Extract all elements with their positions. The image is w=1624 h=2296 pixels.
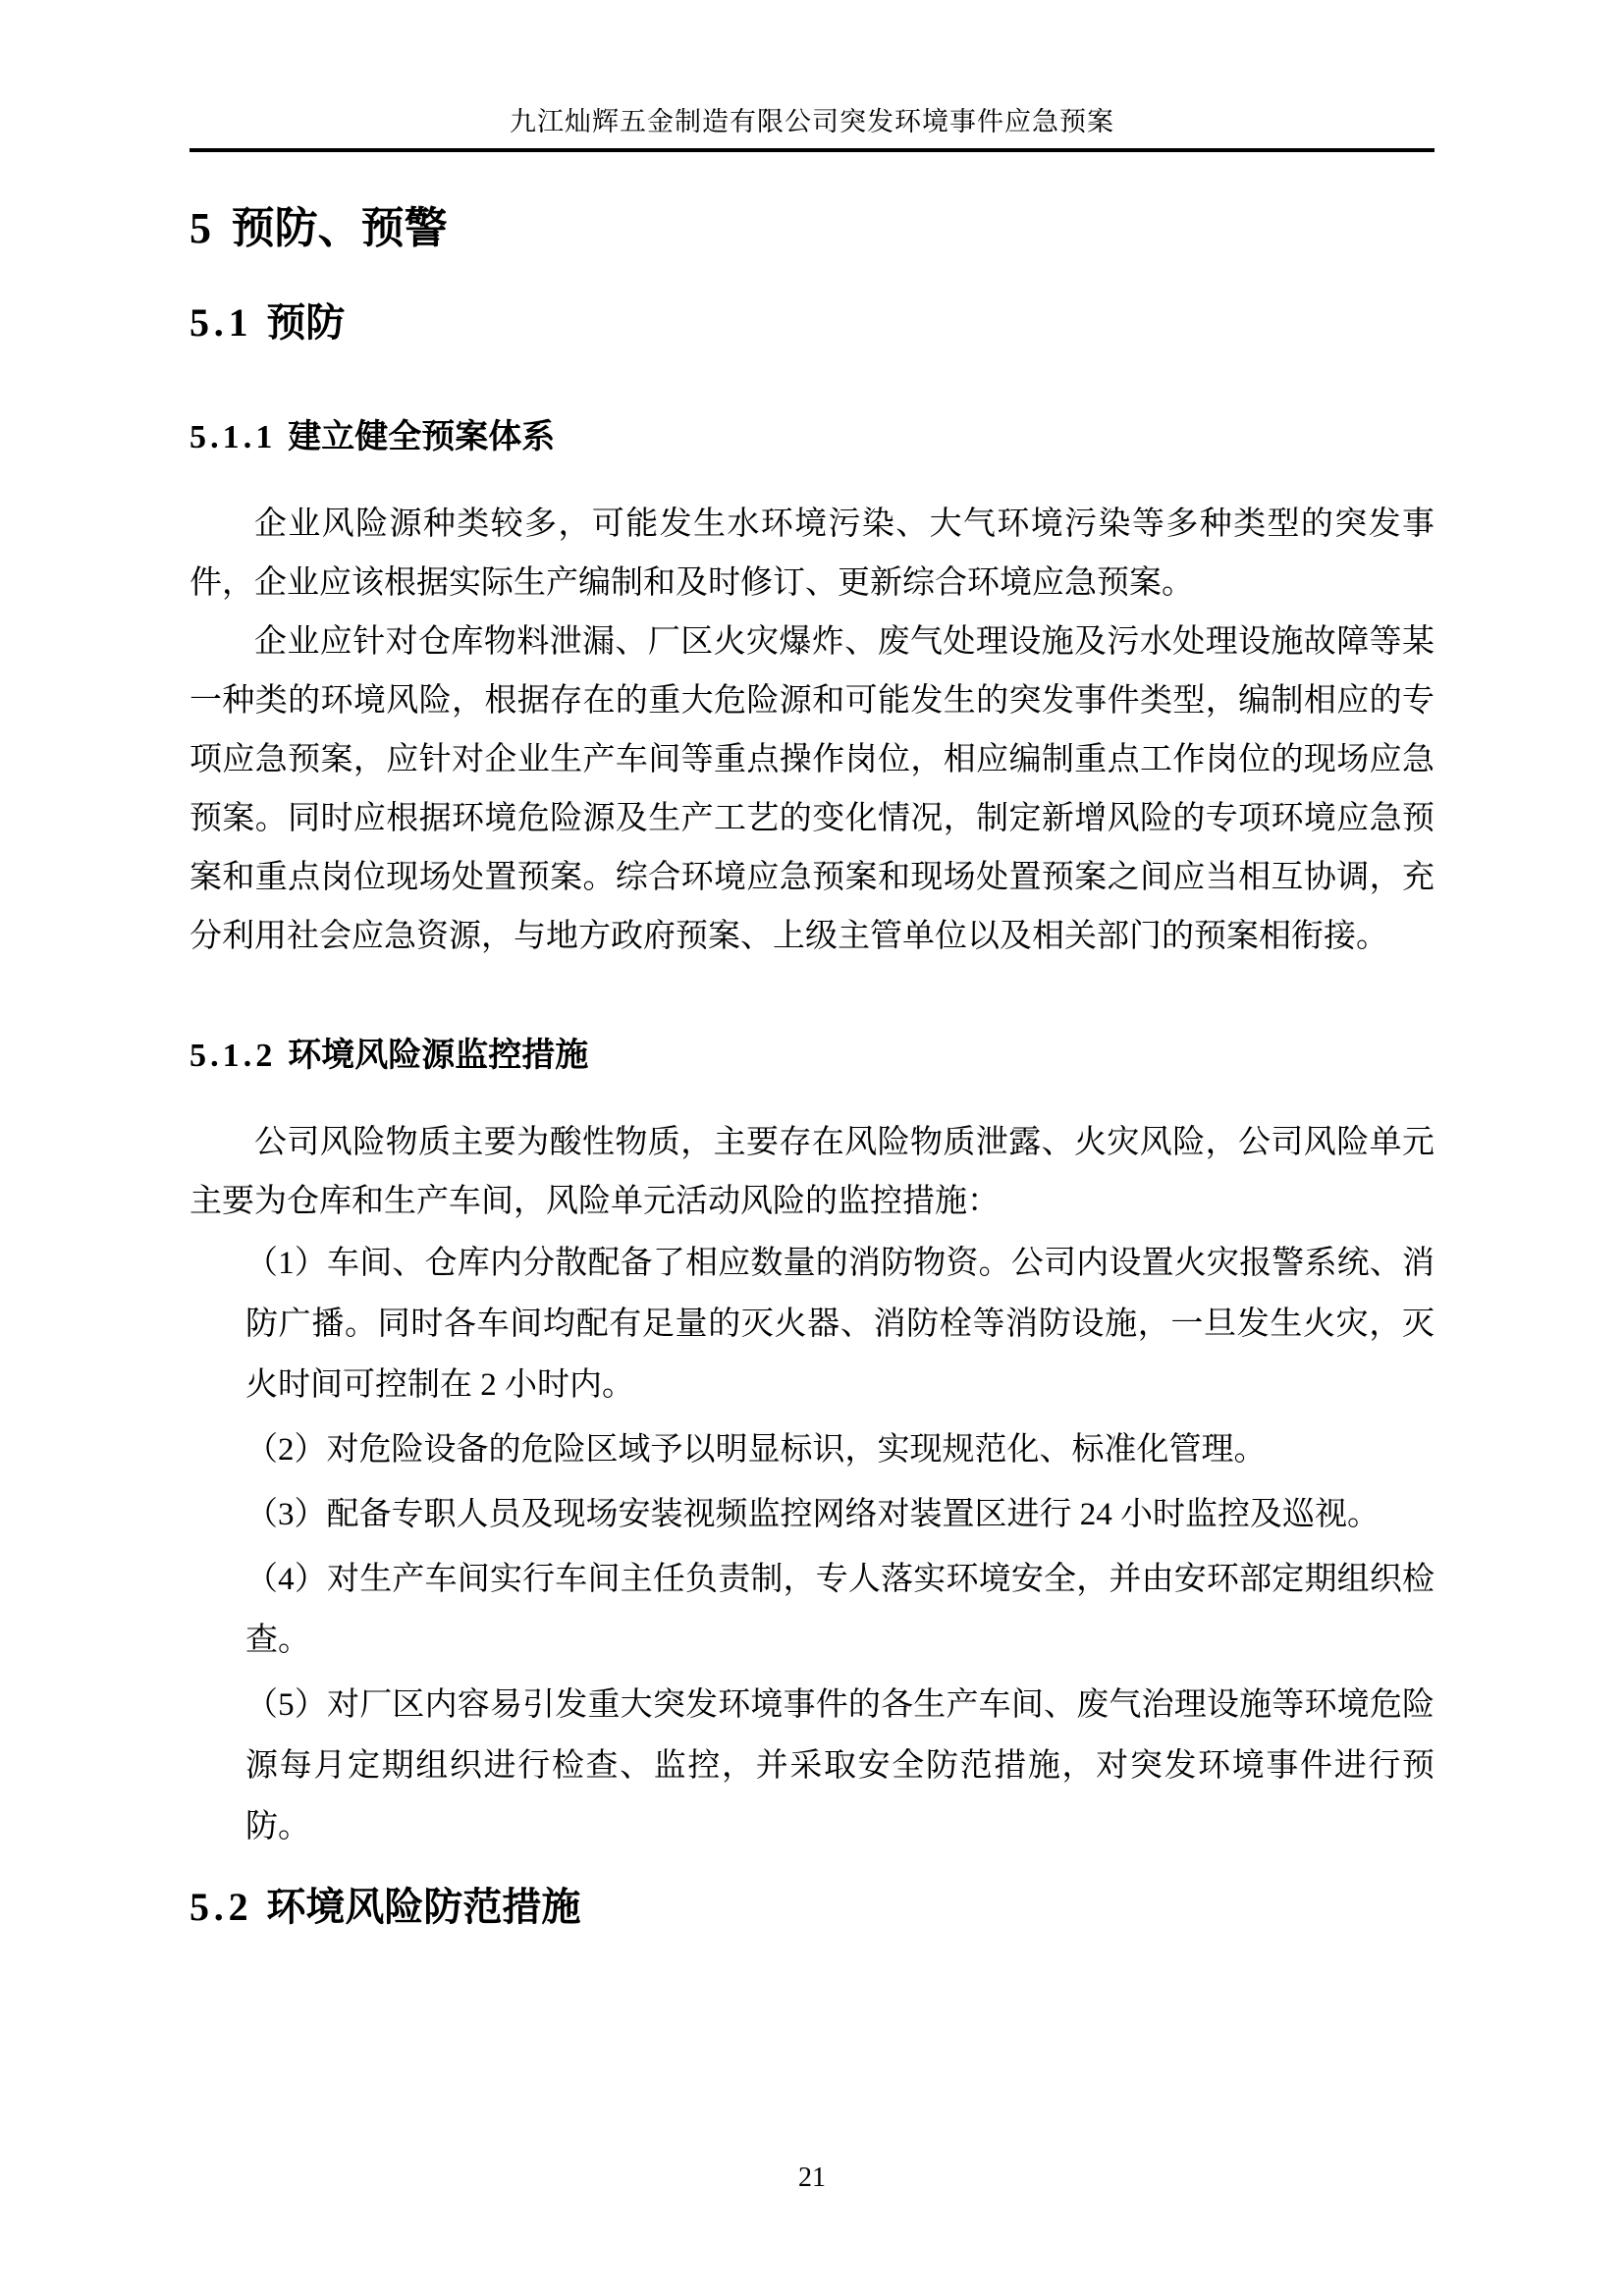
section-title: 环境风险防范措施 xyxy=(266,1885,580,1929)
list-item: （3）配备专职人员及现场安装视频监控网络对装置区进行 24 小时监控及巡视。 xyxy=(245,1484,1435,1545)
section-number: 5 xyxy=(189,204,216,252)
paragraph: 企业应针对仓库物料泄漏、厂区火灾爆炸、废气处理设施及污水处理设施故障等某一种类的… xyxy=(189,613,1435,966)
section-title: 建立健全预案体系 xyxy=(288,419,555,455)
section-number: 5.2 xyxy=(189,1885,252,1929)
document-header-title: 九江灿辉五金制造有限公司突发环境事件应急预案 xyxy=(510,107,1114,136)
list-item: （2）对危险设备的危险区域予以明显标识，实现规范化、标准化管理。 xyxy=(245,1419,1435,1480)
list-item: （4）对生产车间实行车间主任负责制，专人落实环境安全，并由安环部定期组织检查。 xyxy=(245,1549,1435,1671)
paragraph: 企业风险源种类较多，可能发生水环境污染、大气环境污染等多种类型的突发事件，企业应… xyxy=(189,495,1435,613)
page-number: 21 xyxy=(798,2163,826,2193)
section-number: 5.1.2 xyxy=(189,1038,276,1074)
document-header: 九江灿辉五金制造有限公司突发环境事件应急预案 xyxy=(189,0,1435,152)
section-heading-5-2: 5.2环境风险防范措施 xyxy=(189,1883,1435,1932)
section-heading-5-1-2: 5.1.2环境风险源监控措施 xyxy=(189,1035,1435,1078)
document-body: 5预防、预警 5.1预防 5.1.1建立健全预案体系 企业风险源种类较多，可能发… xyxy=(189,201,1435,1932)
list-item: （1）车间、仓库内分散配备了相应数量的消防物资。公司内设置火灾报警系统、消防广播… xyxy=(245,1233,1435,1415)
document-page: 九江灿辉五金制造有限公司突发环境事件应急预案 5预防、预警 5.1预防 5.1.… xyxy=(0,0,1624,2296)
section-number: 5.1 xyxy=(189,300,252,345)
section-heading-5: 5预防、预警 xyxy=(189,201,1435,255)
paragraph: 公司风险物质主要为酸性物质，主要存在风险物质泄露、火灾风险，公司风险单元主要为仓… xyxy=(189,1113,1435,1231)
section-number: 5.1.1 xyxy=(189,419,276,455)
page-footer: 21 xyxy=(0,2163,1624,2194)
section-heading-5-1-1: 5.1.1建立健全预案体系 xyxy=(189,416,1435,459)
section-title: 环境风险源监控措施 xyxy=(288,1038,588,1074)
section-title: 预防 xyxy=(266,300,345,345)
numbered-list: （1）车间、仓库内分散配备了相应数量的消防物资。公司内设置火灾报警系统、消防广播… xyxy=(189,1233,1435,1857)
list-item: （5）对厂区内容易引发重大突发环境事件的各生产车间、废气治理设施等环境危险源每月… xyxy=(245,1675,1435,1857)
section-heading-5-1: 5.1预防 xyxy=(189,298,1435,347)
section-title: 预防、预警 xyxy=(232,204,448,252)
